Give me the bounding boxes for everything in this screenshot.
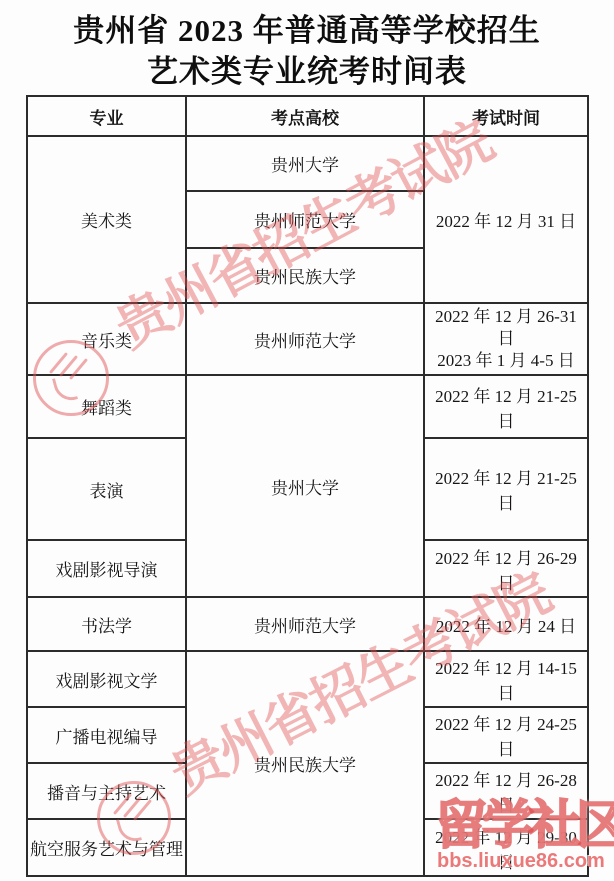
title-line-1: 贵州省 2023 年普通高等学校招生 [0,10,614,51]
title-line-2: 艺术类专业统考时间表 [0,51,614,92]
major-cell: 书法学 [27,597,186,651]
time-cell: 2022 年 12 月 24 日 [424,597,588,651]
time-cell: 2022 年 12 月 26-29 日 [424,540,588,597]
header-venue: 考点高校 [186,96,424,136]
header-time: 考试时间 [424,96,588,136]
venue-cell: 贵州师范大学 [186,597,424,651]
venue-cell: 贵州大学 [186,375,424,597]
time-cell: 2022 年 12 月 14-15 日 [424,651,588,707]
table-row: 戏剧影视文学 贵州民族大学 2022 年 12 月 14-15 日 [27,651,588,707]
major-cell: 播音与主持艺术 [27,763,186,819]
major-cell: 航空服务艺术与管理 [27,819,186,876]
time-line-1: 2022 年 12 月 26-31 日 [427,306,585,350]
time-cell: 2022 年 12 月 31 日 [424,136,588,303]
major-cell: 美术类 [27,136,186,303]
major-cell: 戏剧影视文学 [27,651,186,707]
major-cell: 音乐类 [27,303,186,375]
time-cell: 2022 年 12 月 21-25 日 [424,438,588,540]
header-major: 专业 [27,96,186,136]
time-cell: 2022 年 12 月 26-31 日 2023 年 1 月 4-5 日 [424,303,588,375]
venue-cell: 贵州师范大学 [186,303,424,375]
major-cell: 表演 [27,438,186,540]
exam-schedule-table: 专业 考点高校 考试时间 美术类 贵州大学 2022 年 12 月 31 日 贵… [26,95,589,877]
table-header-row: 专业 考点高校 考试时间 [27,96,588,136]
table-row: 舞蹈类 贵州大学 2022 年 12 月 21-25 日 [27,375,588,438]
time-line-2: 2023 年 1 月 4-5 日 [427,350,585,372]
time-cell: 2022 年 12 月 26-28 日 [424,763,588,819]
table-row: 美术类 贵州大学 2022 年 12 月 31 日 [27,136,588,191]
venue-cell: 贵州民族大学 [186,248,424,303]
venue-cell: 贵州师范大学 [186,191,424,248]
time-cell: 2022 年 12 月 24-25 日 [424,707,588,763]
major-cell: 戏剧影视导演 [27,540,186,597]
table-row: 音乐类 贵州师范大学 2022 年 12 月 26-31 日 2023 年 1 … [27,303,588,375]
venue-cell: 贵州民族大学 [186,651,424,876]
time-cell: 2022 年 12 月 21-25 日 [424,375,588,438]
document-page: 贵州省 2023 年普通高等学校招生 艺术类专业统考时间表 专业 考点高校 考试… [0,0,614,881]
major-cell: 舞蹈类 [27,375,186,438]
table-row: 书法学 贵州师范大学 2022 年 12 月 24 日 [27,597,588,651]
major-cell: 广播电视编导 [27,707,186,763]
page-title: 贵州省 2023 年普通高等学校招生 艺术类专业统考时间表 [0,10,614,92]
venue-cell: 贵州大学 [186,136,424,191]
time-cell: 2022 年 12 月 29-30 日 [424,819,588,876]
